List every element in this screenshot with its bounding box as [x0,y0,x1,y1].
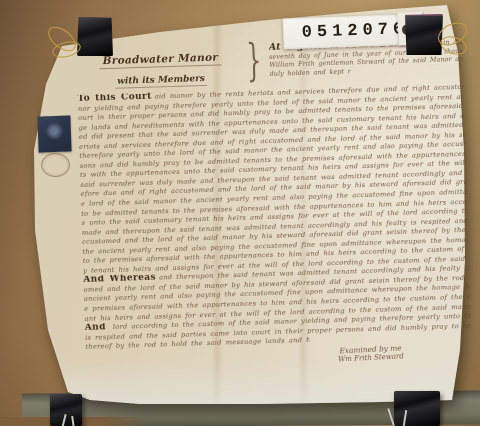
binder-clip-bottom-right [394,391,440,426]
binder-clip-top-left [77,17,113,56]
blue-duty-stamp [37,115,71,152]
catalog-number: 0512076 [301,20,408,43]
binder-clip-bottom-left [50,394,82,426]
manor-subtitle: with its Members [115,74,207,89]
header-brace: } [246,39,262,81]
photo-of-manuscript: Broadwater Manor with its Members } At a… [0,0,480,426]
manuscript-text-layer: Broadwater Manor with its Members } At a… [76,36,472,372]
embossed-seal [41,153,70,177]
court-intro-line: duly holden and kept reditaments with th… [270,68,351,79]
manuscript-body: To this Courtaid manor by the rents heri… [77,83,471,353]
paragraph-initial: And [85,322,106,333]
